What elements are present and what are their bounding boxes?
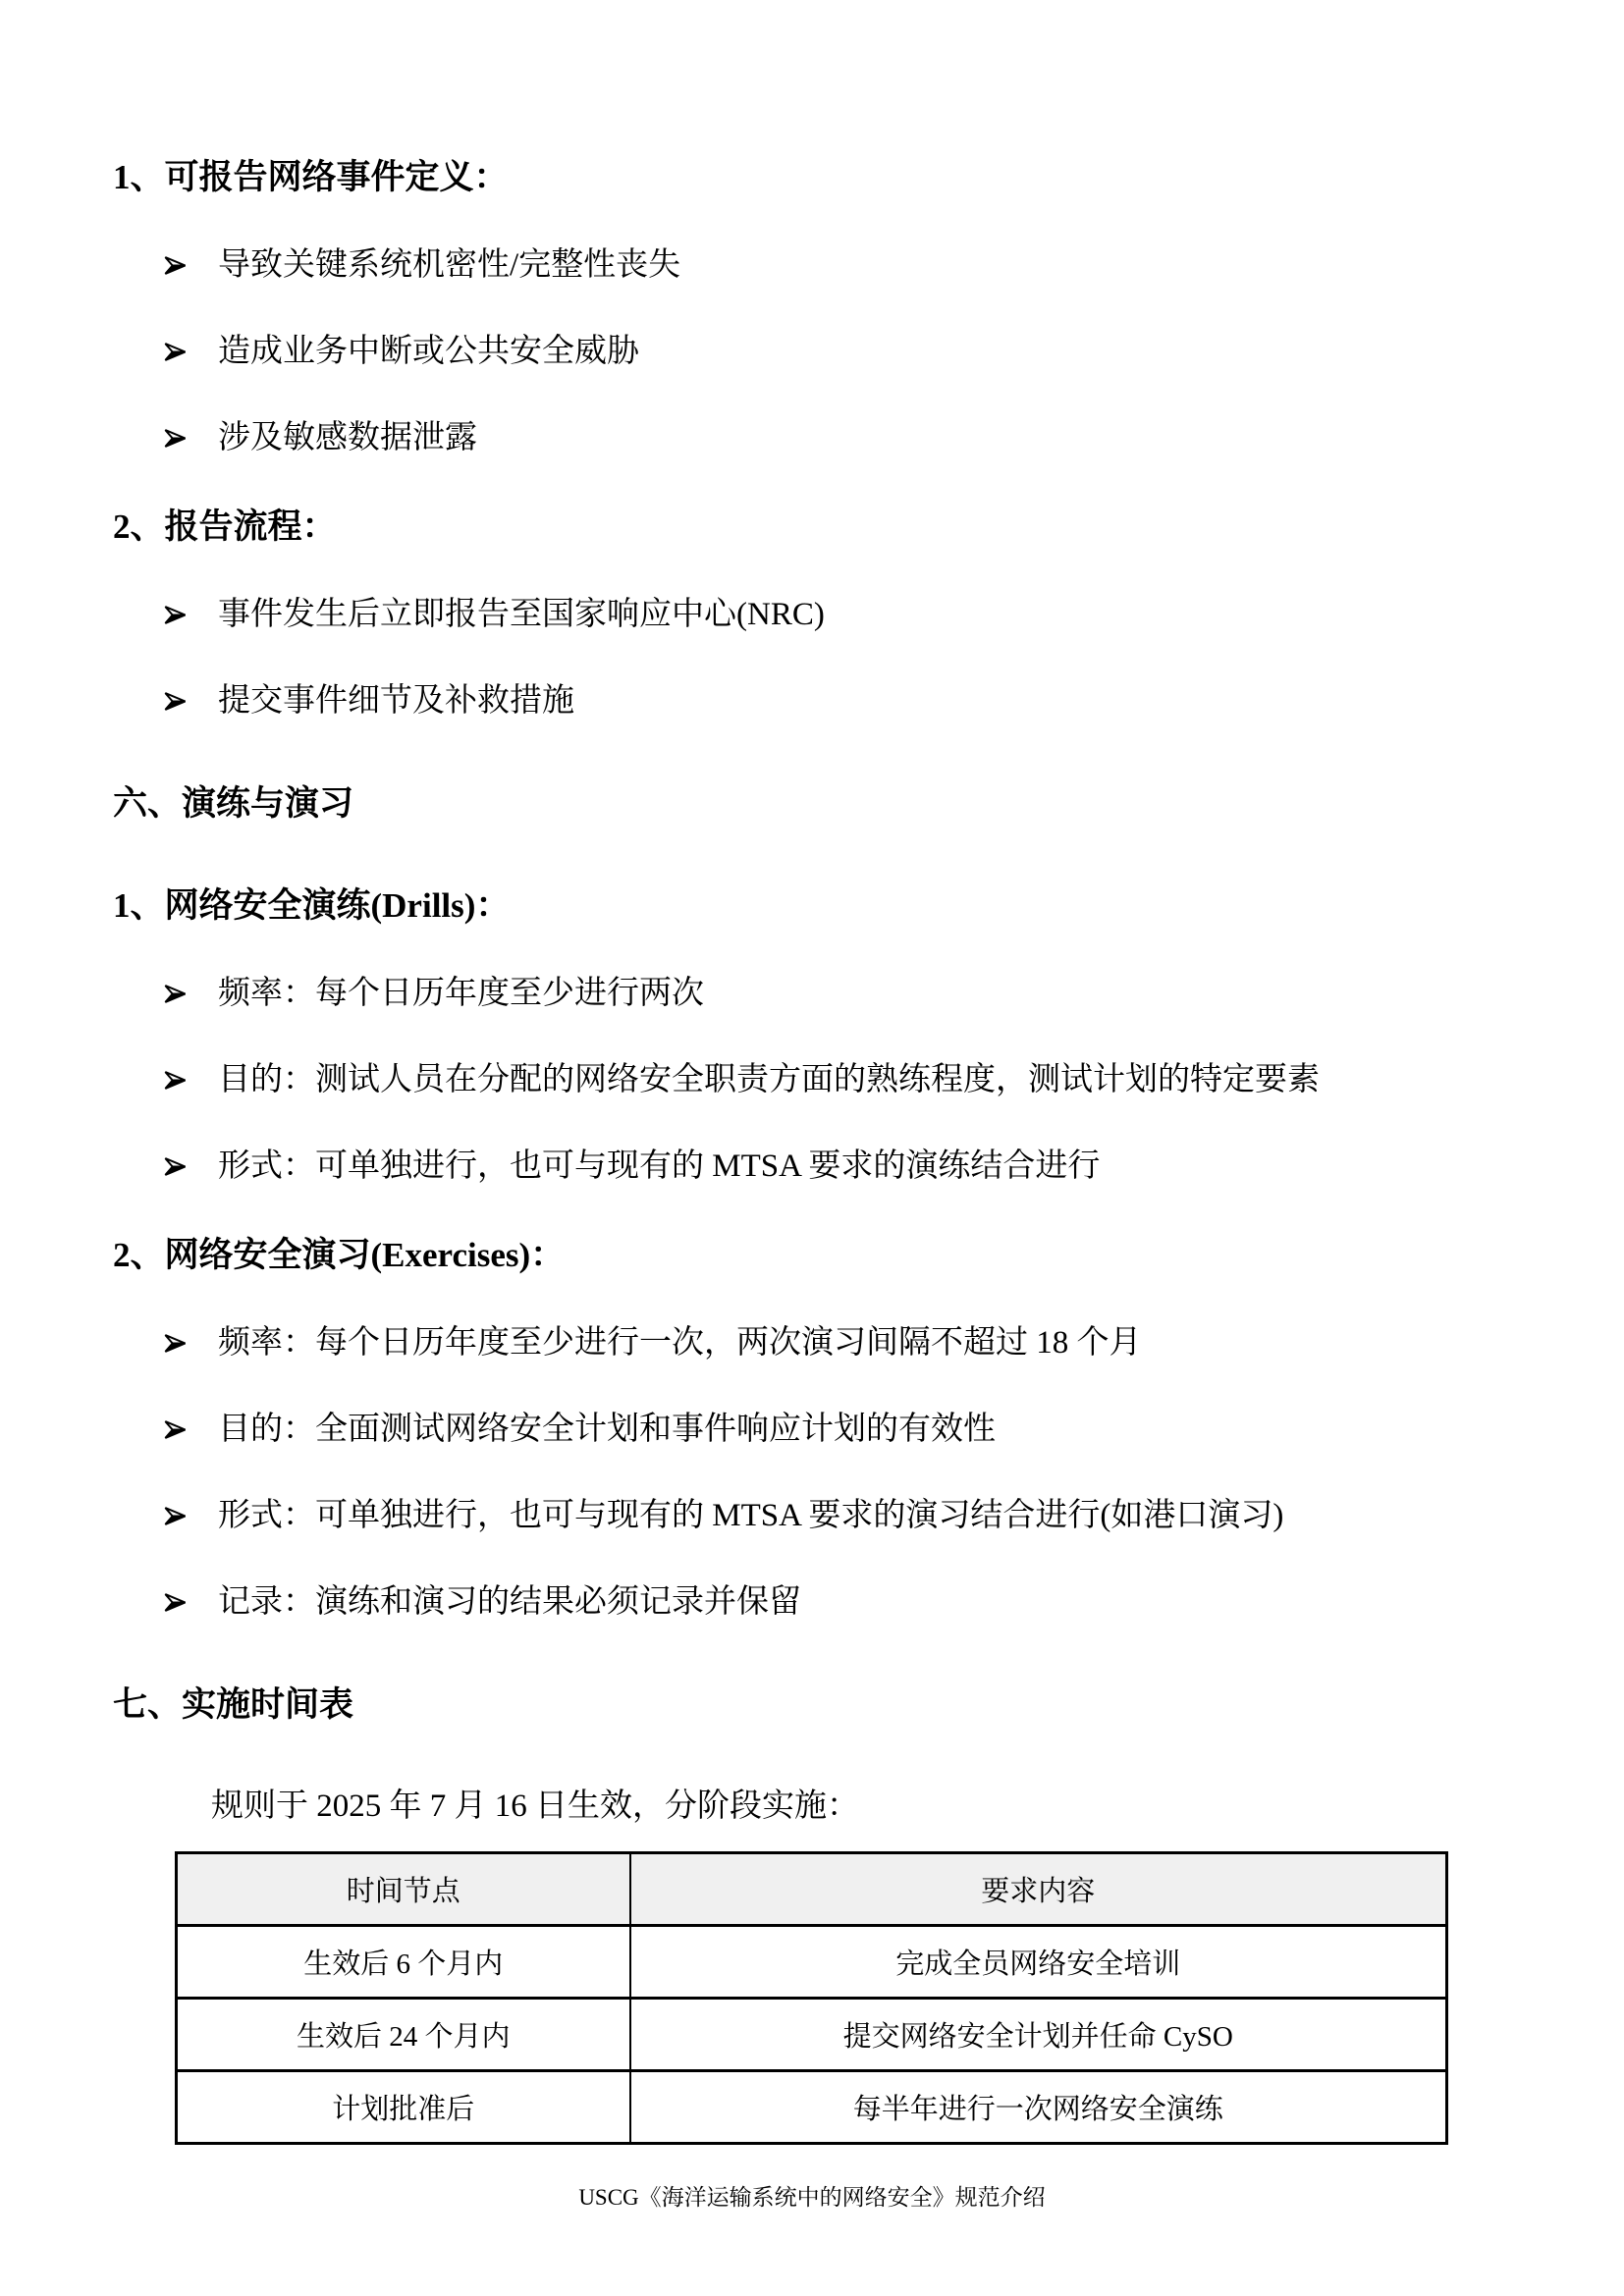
bullet-text: 频率：每个日历年度至少进行一次，两次演习间隔不超过 18 个月 <box>218 1323 1142 1362</box>
table-cell-time: 生效后 24 个月内 <box>177 1999 630 2071</box>
bullet-text: 涉及敏感数据泄露 <box>218 418 477 457</box>
arrow-bullet-icon <box>162 1416 189 1443</box>
bullet-item: 形式：可单独进行，也可与现有的 MTSA 要求的演练结合进行 <box>162 1147 1516 1186</box>
bullet-text: 事件发生后立即报告至国家响应中心(NRC) <box>218 595 825 634</box>
arrow-bullet-icon <box>162 1067 189 1094</box>
bullet-item: 形式：可单独进行，也可与现有的 MTSA 要求的演习结合进行(如港口演习) <box>162 1496 1516 1535</box>
table-cell-time: 计划批准后 <box>177 2071 630 2144</box>
heading-cyber-drills: 1、网络安全演练(Drills)： <box>113 885 1516 927</box>
section-heading-implementation-timeline: 七、实施时间表 <box>113 1684 1516 1726</box>
bullet-item: 造成业务中断或公共安全威胁 <box>162 332 1516 371</box>
bullet-item: 频率：每个日历年度至少进行一次，两次演习间隔不超过 18 个月 <box>162 1323 1516 1362</box>
arrow-bullet-icon <box>162 981 189 1007</box>
bullet-item: 目的：全面测试网络安全计划和事件响应计划的有效性 <box>162 1410 1516 1449</box>
bullet-item: 频率：每个日历年度至少进行两次 <box>162 974 1516 1013</box>
table-row: 计划批准后 每半年进行一次网络安全演练 <box>177 2071 1447 2144</box>
heading-reporting-process: 2、报告流程： <box>113 507 1516 548</box>
bullet-text: 频率：每个日历年度至少进行两次 <box>218 974 704 1013</box>
bullet-item: 提交事件细节及补救措施 <box>162 681 1516 721</box>
section-heading-drills-exercises: 六、演练与演习 <box>113 783 1516 825</box>
heading-reportable-incident-definition: 1、可报告网络事件定义： <box>113 157 1516 198</box>
document-page: 1、可报告网络事件定义： 导致关键系统机密性/完整性丧失 造成业务中断或公共安全… <box>0 0 1624 2296</box>
table-header-requirement: 要求内容 <box>630 1853 1447 1926</box>
bullet-item: 导致关键系统机密性/完整性丧失 <box>162 245 1516 285</box>
bullet-item: 涉及敏感数据泄露 <box>162 418 1516 457</box>
implementation-table: 时间节点 要求内容 生效后 6 个月内 完成全员网络安全培训 生效后 24 个月… <box>175 1851 1448 2145</box>
effective-date-paragraph: 规则于 2025 年 7 月 16 日生效，分阶段实施： <box>211 1787 1516 1826</box>
bullet-text: 目的：全面测试网络安全计划和事件响应计划的有效性 <box>218 1410 996 1449</box>
bullet-text: 形式：可单独进行，也可与现有的 MTSA 要求的演习结合进行(如港口演习) <box>218 1496 1283 1535</box>
table-row: 生效后 6 个月内 完成全员网络安全培训 <box>177 1926 1447 1999</box>
bullet-text: 造成业务中断或公共安全威胁 <box>218 332 639 371</box>
arrow-bullet-icon <box>162 688 189 715</box>
arrow-bullet-icon <box>162 1330 189 1357</box>
bullet-text: 目的：测试人员在分配的网络安全职责方面的熟练程度，测试计划的特定要素 <box>218 1060 1320 1099</box>
table-cell-requirement: 完成全员网络安全培训 <box>630 1926 1447 1999</box>
arrow-bullet-icon <box>162 252 189 279</box>
bullet-item: 事件发生后立即报告至国家响应中心(NRC) <box>162 595 1516 634</box>
footer-title: USCG《海洋运输系统中的网络安全》规范介绍 <box>0 2179 1624 2212</box>
bullet-item: 目的：测试人员在分配的网络安全职责方面的熟练程度，测试计划的特定要素 <box>162 1060 1516 1099</box>
arrow-bullet-icon <box>162 1153 189 1180</box>
heading-cyber-exercises: 2、网络安全演习(Exercises)： <box>113 1235 1516 1276</box>
arrow-bullet-icon <box>162 339 189 365</box>
bullet-text: 导致关键系统机密性/完整性丧失 <box>218 245 680 285</box>
arrow-bullet-icon <box>162 1589 189 1616</box>
table-header-row: 时间节点 要求内容 <box>177 1853 1447 1926</box>
table-cell-requirement: 提交网络安全计划并任命 CySO <box>630 1999 1447 2071</box>
arrow-bullet-icon <box>162 1503 189 1529</box>
table-header-time: 时间节点 <box>177 1853 630 1926</box>
arrow-bullet-icon <box>162 602 189 628</box>
arrow-bullet-icon <box>162 425 189 452</box>
bullet-text: 形式：可单独进行，也可与现有的 MTSA 要求的演练结合进行 <box>218 1147 1100 1186</box>
bullet-text: 记录：演练和演习的结果必须记录并保留 <box>218 1582 801 1622</box>
table-cell-time: 生效后 6 个月内 <box>177 1926 630 1999</box>
table-row: 生效后 24 个月内 提交网络安全计划并任命 CySO <box>177 1999 1447 2071</box>
table-cell-requirement: 每半年进行一次网络安全演练 <box>630 2071 1447 2144</box>
bullet-text: 提交事件细节及补救措施 <box>218 681 574 721</box>
bullet-item: 记录：演练和演习的结果必须记录并保留 <box>162 1582 1516 1622</box>
